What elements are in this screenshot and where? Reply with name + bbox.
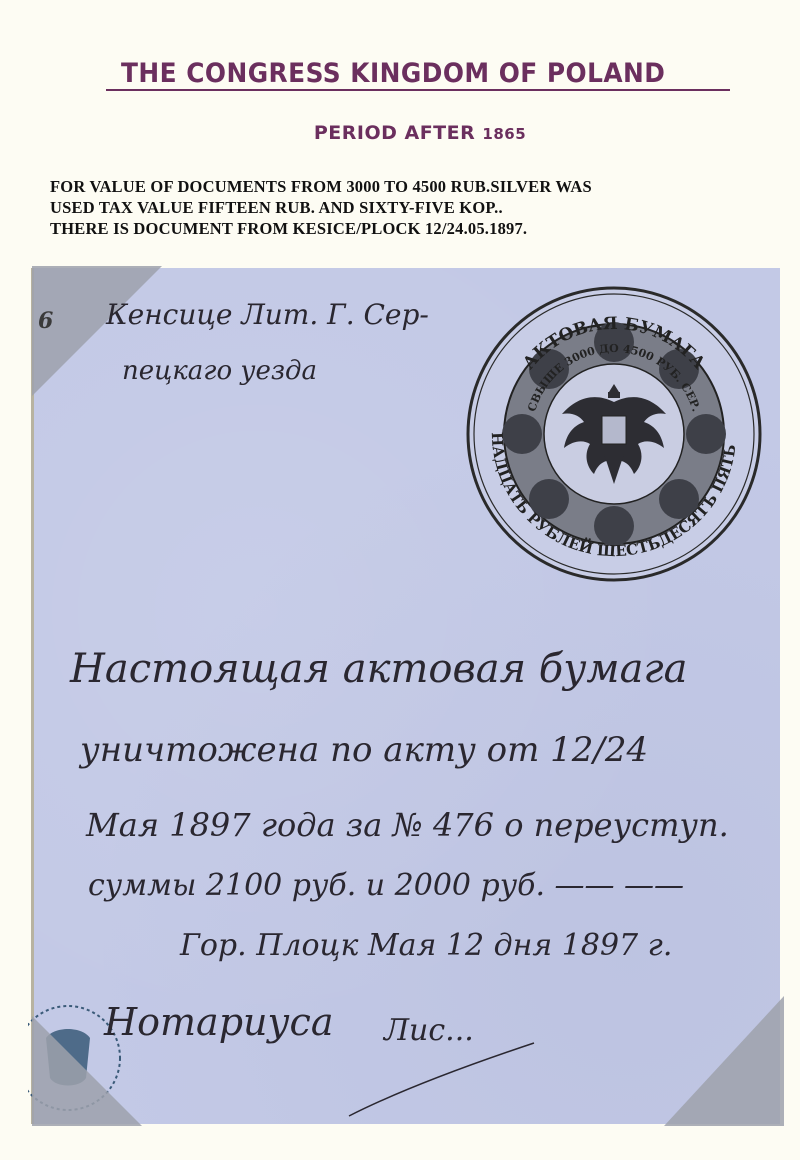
tax-seal-icon: АКТОВАЯ БУМАГА СВЫШЕ 3000 ДО 4500 РУБ. С… (464, 284, 764, 584)
signature-flourish (344, 1038, 544, 1118)
album-title: THE CONGRESS KINGDOM OF POLAND (108, 58, 678, 89)
handwriting-body-line: уничтожена по акту от 12/24 (80, 730, 648, 770)
handwriting-header-line: Кенсице Лит. Г. Сер- (106, 298, 429, 331)
handwriting-body-line: Настоящая актовая бумага (70, 646, 687, 692)
handwriting-body-line: суммы 2100 руб. и 2000 руб. —— —— (88, 868, 684, 903)
page-number: 6 (38, 308, 53, 334)
album-subtitle: PERIOD AFTER 1865 (0, 122, 800, 144)
document-sheet: 6 Кенсице Лит. Г. Сер- пецкаго уезда (34, 268, 780, 1124)
subtitle-year: 1865 (482, 125, 526, 143)
description: FOR VALUE OF DOCUMENTS FROM 3000 TO 4500… (50, 176, 790, 239)
subtitle-text: PERIOD AFTER (314, 122, 475, 144)
handwriting-header-line: пецкаго уезда (122, 356, 317, 386)
handwriting-body-line: Гор. Плоцк Мая 12 дня 1897 г. (180, 928, 672, 963)
description-line: THERE IS DOCUMENT FROM KESICE/PLOCK 12/2… (50, 218, 790, 239)
handwriting-body-line: Мая 1897 года за № 476 о переуступ. (86, 806, 729, 844)
photo-corner-bottom-right (664, 996, 784, 1126)
title-underline (106, 89, 730, 91)
description-line: USED TAX VALUE FIFTEEN RUB. AND SIXTY-FI… (50, 197, 790, 218)
notary-signature-title: Нотариуса (104, 1000, 333, 1044)
description-line: FOR VALUE OF DOCUMENTS FROM 3000 TO 4500… (50, 176, 790, 197)
